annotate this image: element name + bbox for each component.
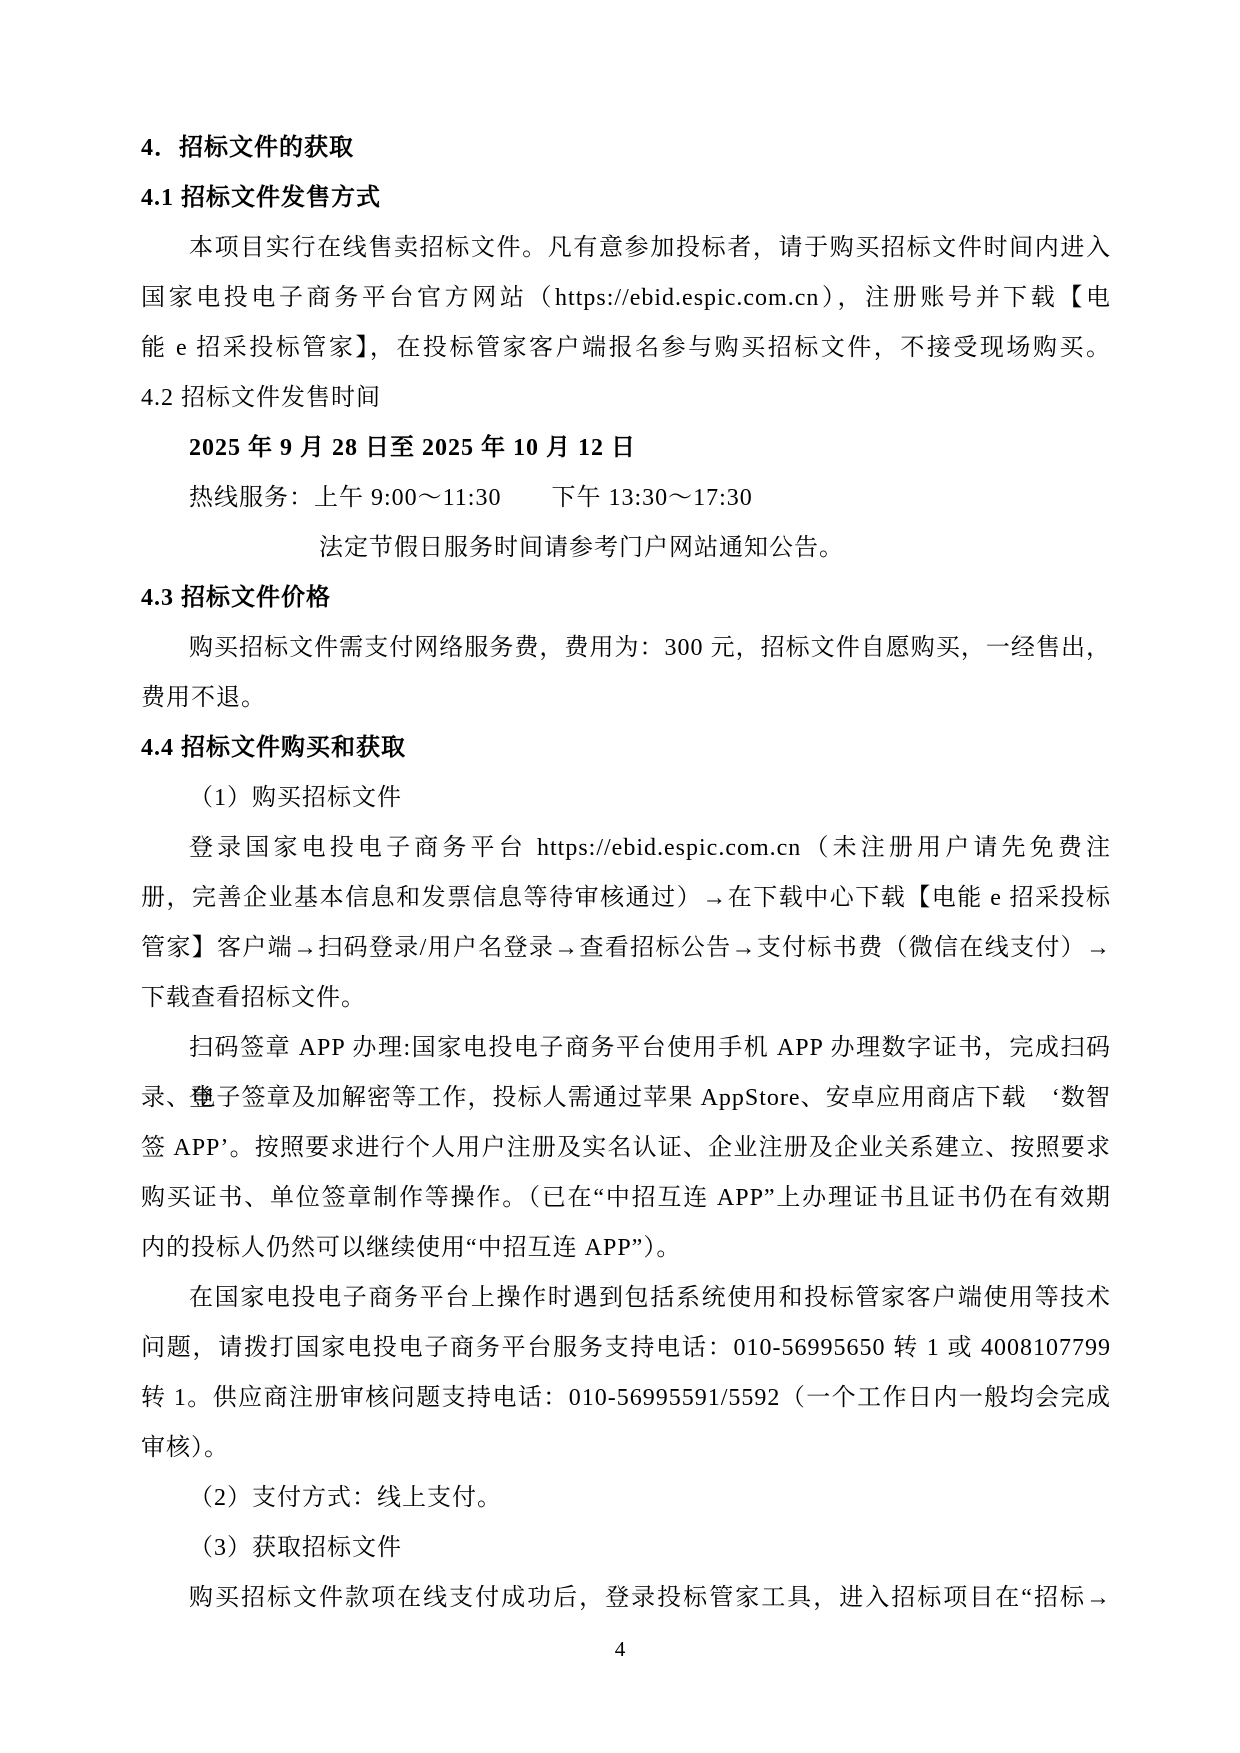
paragraph-line: 转 1。供应商注册审核问题支持电话：010-56995591/5592（一个工作…: [141, 1373, 1111, 1423]
paragraph-line: 下载查看招标文件。: [141, 973, 1111, 1023]
paragraph-line: 内的投标人仍然可以继续使用“中招互连 APP”）。: [141, 1223, 1111, 1273]
paragraph-line: 审核）。: [141, 1423, 1111, 1473]
holiday-note-line: 法定节假日服务时间请参考门户网站通知公告。: [141, 523, 1111, 573]
list-item-1-title: （1）购买招标文件: [141, 773, 1111, 823]
paragraph-line: 购买招标文件需支付网络服务费，费用为：300 元，招标文件自愿购买，一经售出，: [141, 623, 1111, 673]
sale-period-line: 2025 年 9 月 28 日至 2025 年 10 月 12 日: [141, 423, 1111, 473]
paragraph-line: 扫码签章 APP 办理:国家电投电子商务平台使用手机 APP 办理数字证书，完成…: [141, 1023, 1111, 1073]
section-heading-4-1: 4.1 招标文件发售方式: [141, 173, 1111, 223]
paragraph-line: 购买证书、单位签章制作等操作。（已在“中招互连 APP”上办理证书且证书仍在有效…: [141, 1173, 1111, 1223]
paragraph-line: 在国家电投电子商务平台上操作时遇到包括系统使用和投标管家客户端使用等技术: [141, 1273, 1111, 1323]
paragraph-line: 国家电投电子商务平台官方网站（https://ebid.espic.com.cn…: [141, 273, 1111, 323]
paragraph-line: 能 e 招采投标管家】，在投标管家客户端报名参与购买招标文件，不接受现场购买。: [141, 323, 1111, 373]
document-body: 4．招标文件的获取 4.1 招标文件发售方式 本项目实行在线售卖招标文件。凡有意…: [141, 123, 1111, 1623]
paragraph-line: 问题，请拨打国家电投电子商务平台服务支持电话：010-56995650 转 1 …: [141, 1323, 1111, 1373]
hotline-line: 热线服务：上午 9:00～11:30 下午 13:30～17:30: [141, 473, 1111, 523]
paragraph-line: 册，完善企业基本信息和发票信息等待审核通过）→在下载中心下载【电能 e 招采投标: [141, 873, 1111, 923]
paragraph-line: 登录国家电投电子商务平台 https://ebid.espic.com.cn（未…: [141, 823, 1111, 873]
paragraph-line: 管家】客户端→扫码登录/用户名登录→查看招标公告→支付标书费（微信在线支付）→: [141, 923, 1111, 973]
section-heading-4-2: 4.2 招标文件发售时间: [141, 373, 1111, 423]
list-item-2-title: （2）支付方式：线上支付。: [141, 1473, 1111, 1523]
paragraph-line: 费用不退。: [141, 673, 1111, 723]
paragraph-line: 购买招标文件款项在线支付成功后，登录投标管家工具，进入招标项目在“招标→: [141, 1573, 1111, 1623]
page-number: 4: [0, 1630, 1240, 1668]
section-heading-4-4: 4.4 招标文件购买和获取: [141, 723, 1111, 773]
list-item-3-title: （3）获取招标文件: [141, 1523, 1111, 1573]
paragraph-line: 签 APP’。按照要求进行个人用户注册及实名认证、企业注册及企业关系建立、按照要…: [141, 1123, 1111, 1173]
paragraph-line: 录、电子签章及加解密等工作，投标人需通过苹果 AppStore、安卓应用商店下载…: [141, 1073, 1111, 1123]
paragraph-line: 本项目实行在线售卖招标文件。凡有意参加投标者，请于购买招标文件时间内进入: [141, 223, 1111, 273]
section-heading-4-3: 4.3 招标文件价格: [141, 573, 1111, 623]
document-page: 4．招标文件的获取 4.1 招标文件发售方式 本项目实行在线售卖招标文件。凡有意…: [0, 0, 1240, 1753]
section-heading-4: 4．招标文件的获取: [141, 123, 1111, 173]
